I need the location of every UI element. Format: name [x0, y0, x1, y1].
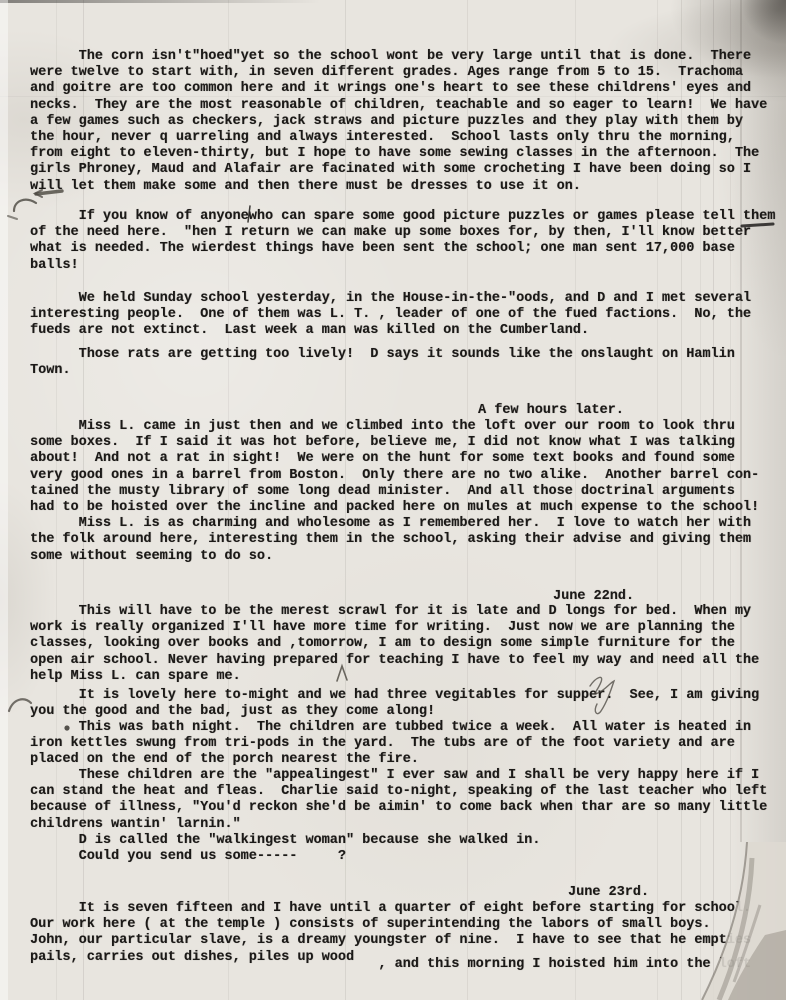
text-line: were twelve to start with, in seven diff…: [30, 65, 786, 81]
paragraph: This was bath night. The children are tu…: [30, 720, 786, 769]
text-line: necks. They are the most reasonable of c…: [30, 98, 786, 114]
text-line: had to be hoisted over the incline and p…: [30, 500, 786, 516]
letter-text: The corn isn't"hoed"yet so the school wo…: [0, 0, 786, 1000]
heading-june-23: June 23rd.: [568, 885, 649, 901]
letter-page: The corn isn't"hoed"yet so the school wo…: [0, 0, 786, 1000]
text-line: Miss L. is as charming and wholesome as …: [30, 516, 786, 532]
text-line: John, our particular slave, is a dreamy …: [30, 933, 786, 949]
text-line: girls Phroney, Maud and Alafair are faci…: [30, 162, 786, 178]
paragraph-final-line: pails, carries out dishes, piles up wood…: [30, 950, 786, 966]
text-line: can stand the heat and fleas. Charlie sa…: [30, 784, 786, 800]
paragraph: Could you send us some----- ?: [30, 849, 786, 865]
paragraph: It is seven fifteen and I have until a q…: [30, 901, 786, 950]
paragraph: This will have to be the merest scrawl f…: [30, 604, 786, 685]
text-line: This was bath night. The children are tu…: [30, 720, 786, 736]
text-line: about! And not a rat in sight! We were o…: [30, 451, 786, 467]
text-line: because of illness, "You'd reckon she'd …: [30, 800, 786, 816]
text-line: Could you send us some----- ?: [30, 849, 786, 865]
text-line: what is needed. The wierdest things have…: [30, 241, 786, 257]
paragraph: If you know of anyonewho can spare some …: [30, 209, 786, 274]
text-line: Those rats are getting too lively! D say…: [30, 347, 786, 363]
text-line: These children are the "appealingest" I …: [30, 768, 786, 784]
text-line: The corn isn't"hoed"yet so the school wo…: [30, 49, 786, 65]
text-line: This will have to be the merest scrawl f…: [30, 604, 786, 620]
text-line: some boxes. If I said it was hot before,…: [30, 435, 786, 451]
text-line: tained the musty library of some long de…: [30, 484, 786, 500]
text-line: help Miss L. can spare me.: [30, 669, 786, 685]
paragraph: We held Sunday school yesterday, in the …: [30, 291, 786, 340]
text-line: the hour, never q uarreling and always i…: [30, 130, 786, 146]
text-segment-dropped: , and this morning I hoisted him into th…: [354, 957, 751, 972]
paragraph: Miss L. came in just then and we climbed…: [30, 419, 786, 565]
paragraph: D is called the "walkingest woman" becau…: [30, 833, 786, 849]
heading-june-22: June 22nd.: [553, 589, 634, 605]
text-line: interesting people. One of them was L. T…: [30, 307, 786, 323]
text-line: Town.: [30, 363, 786, 379]
text-line: iron kettles swung from tri-pods in the …: [30, 736, 786, 752]
text-line: It is seven fifteen and I have until a q…: [30, 901, 786, 917]
text-line: pails, carries out dishes, piles up wood…: [30, 950, 786, 966]
text-line: the folk around here, interesting them i…: [30, 532, 786, 548]
text-line: some without seeming to do so.: [30, 549, 786, 565]
text-line: Miss L. came in just then and we climbed…: [30, 419, 786, 435]
text-line: will let them make some and then there m…: [30, 179, 786, 195]
text-line: from eight to eleven-thirty, but I hope …: [30, 146, 786, 162]
text-line: work is really organized I'll have more …: [30, 620, 786, 636]
paragraph: It is lovely here to-might and we had th…: [30, 688, 786, 720]
text-line: childrens wantin' larnin.": [30, 817, 786, 833]
text-line: very good ones in a barrel from Boston. …: [30, 468, 786, 484]
text-line: a few games such as checkers, jack straw…: [30, 114, 786, 130]
text-line: If you know of anyonewho can spare some …: [30, 209, 786, 225]
text-line: Our work here ( at the temple ) consists…: [30, 917, 786, 933]
paragraph: Those rats are getting too lively! D say…: [30, 347, 786, 379]
text-line: balls!: [30, 258, 786, 274]
text-line: It is lovely here to-might and we had th…: [30, 688, 786, 704]
text-line: placed on the end of the porch nearest t…: [30, 752, 786, 768]
text-line: fueds are not extinct. Last week a man w…: [30, 323, 786, 339]
text-line: open air school. Never having prepared f…: [30, 653, 786, 669]
text-line: and goitre are too common here and it wr…: [30, 81, 786, 97]
paragraph: These children are the "appealingest" I …: [30, 768, 786, 833]
heading-few-hours-later: A few hours later.: [478, 403, 624, 419]
text-line: of the need here. "hen I return we can m…: [30, 225, 786, 241]
text-segment: pails, carries out dishes, piles up wood: [30, 950, 354, 965]
paragraph: The corn isn't"hoed"yet so the school wo…: [30, 49, 786, 195]
text-line: you the good and the bad, just as they c…: [30, 704, 786, 720]
text-line: D is called the "walkingest woman" becau…: [30, 833, 786, 849]
text-line: classes, looking over books and ,tomorro…: [30, 636, 786, 652]
text-line: We held Sunday school yesterday, in the …: [30, 291, 786, 307]
